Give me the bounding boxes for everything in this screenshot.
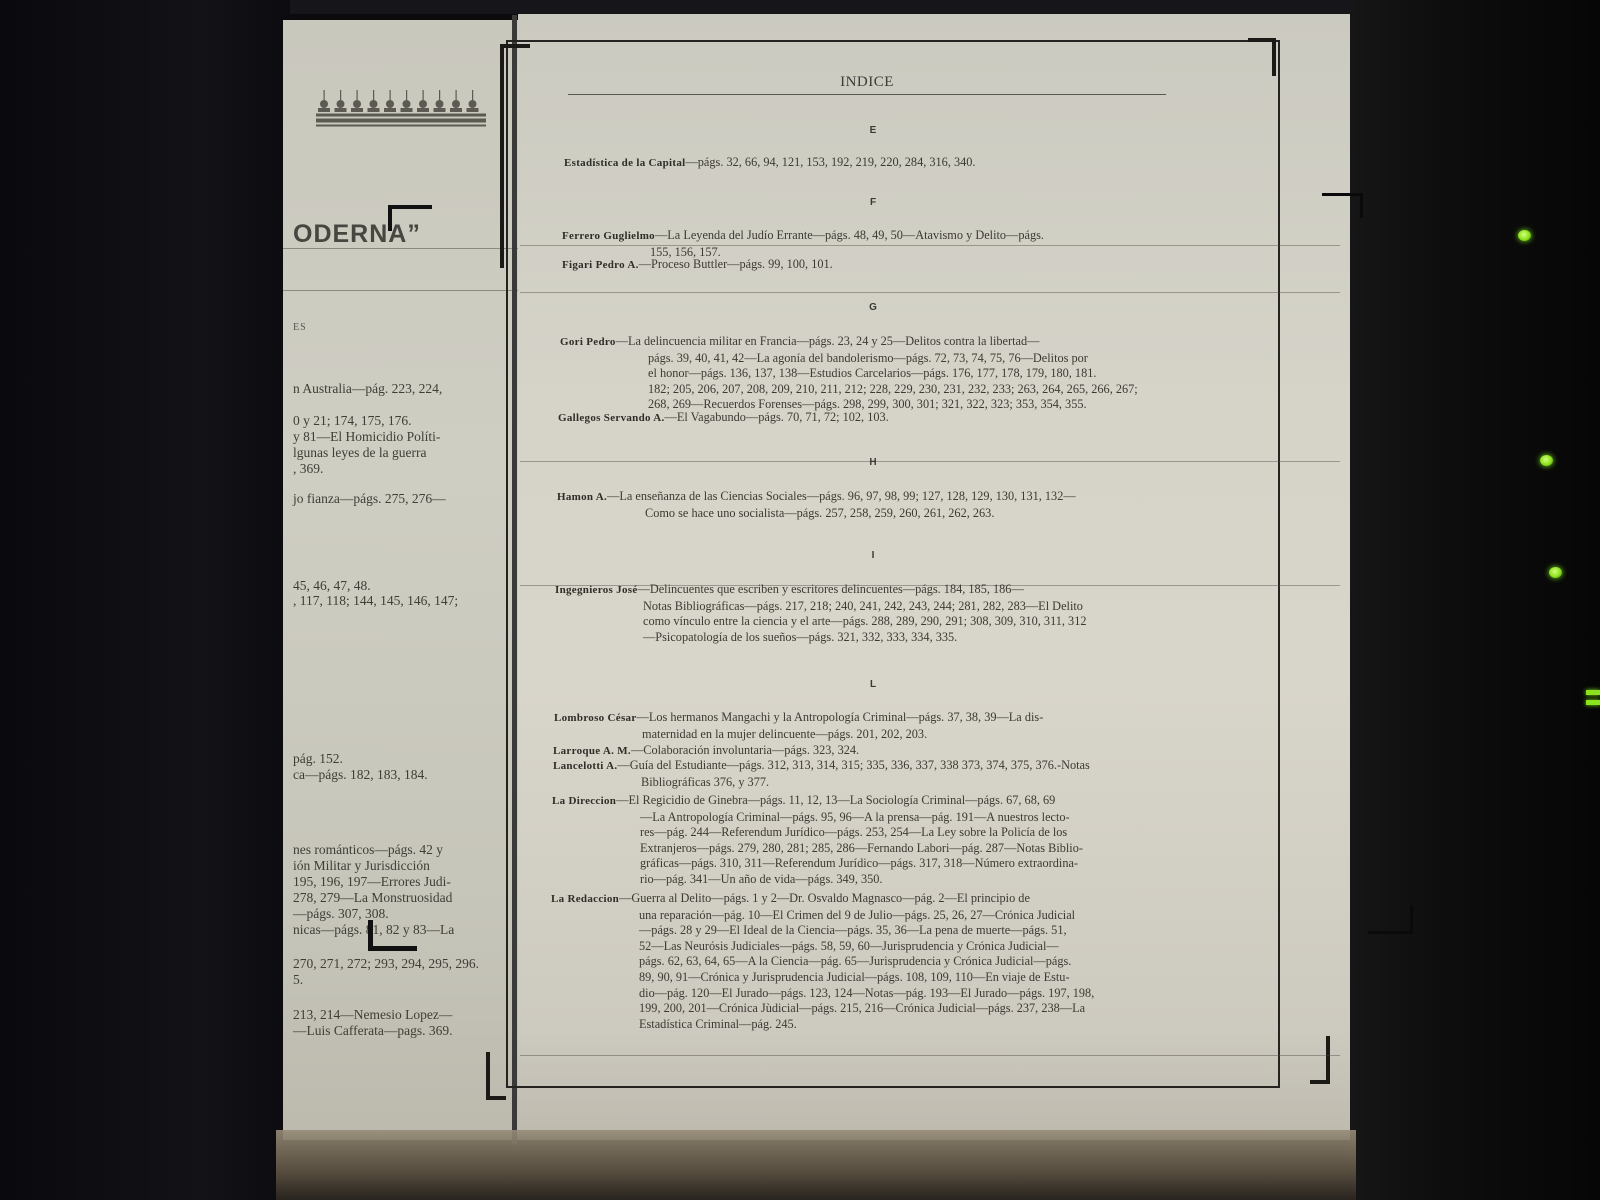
left-page-text-fragment: 5.	[293, 972, 303, 988]
left-page-text-fragment: ión Militar y Jurisdicción	[293, 858, 430, 874]
left-page-text-fragment: 270, 271, 272; 293, 294, 295, 296.	[293, 956, 479, 972]
index-entry: La Direccion—El Regicidio de Ginebra—pág…	[552, 793, 1083, 888]
crop-handle-bottom-right[interactable]	[1310, 1036, 1330, 1084]
index-entry-line: gráficas—págs. 310, 311—Referendum Juríd…	[552, 856, 1083, 872]
crop-handle-top-left[interactable]	[500, 44, 530, 268]
index-entry-line: 89, 90, 91—Crónica y Jurisprudencia Judi…	[551, 970, 1094, 986]
index-entry-line: 199, 200, 201—Crónica Jùdicial—págs. 215…	[551, 1001, 1094, 1017]
section-letter: G	[868, 302, 878, 313]
rule-line	[283, 290, 520, 291]
index-entry-author: Ingegnieros José	[555, 584, 638, 596]
left-page-label: ES	[293, 322, 307, 333]
index-entry-line: Ferrero Guglielmo—La Leyenda del Judío E…	[562, 228, 1044, 245]
index-entry-author: Gallegos Servando A.	[558, 412, 665, 424]
title-rule	[568, 94, 1166, 95]
left-page-text-fragment: , 369.	[293, 461, 323, 477]
left-page-text-fragment: nes románticos—págs. 42 y	[293, 842, 443, 858]
index-entry-line: res—pág. 244—Referendum Jurídico—págs. 2…	[552, 825, 1083, 841]
status-led-icon	[1540, 455, 1553, 466]
index-entry-author: Estadística de la Capital	[564, 157, 685, 169]
left-page-text-fragment: , 117, 118; 144, 145, 146, 147;	[293, 593, 458, 609]
index-entry-line: una reparación—pág. 10—El Crimen del 9 d…	[551, 908, 1094, 924]
index-entry: Ingegnieros José—Delincuentes que escrib…	[555, 582, 1087, 645]
index-entry-line: Ingegnieros José—Delincuentes que escrib…	[555, 582, 1087, 599]
index-entry: La Redaccion—Guerra al Delito—págs. 1 y …	[551, 891, 1094, 1032]
crop-handle-top-right[interactable]	[1248, 38, 1276, 76]
left-page-text-fragment: 195, 196, 197—Errores Judi-	[293, 874, 451, 890]
scan-artifact-line	[520, 1055, 1340, 1056]
index-entry-line: —La Antropología Criminal—págs. 95, 96—A…	[552, 810, 1083, 826]
index-entry-line: Bibliográficas 376, y 377.	[553, 775, 1090, 791]
index-entry-line: Estadística Criminal—pág. 245.	[551, 1017, 1094, 1033]
rule-line	[283, 248, 520, 249]
status-led-icon	[1518, 230, 1531, 241]
index-entry-line: La Redaccion—Guerra al Delito—págs. 1 y …	[551, 891, 1094, 908]
index-entry: Hamon A.—La enseñanza de las Ciencias So…	[557, 489, 1076, 521]
index-entry-author: Larroque A. M.	[553, 745, 631, 757]
left-page-text-fragment: 45, 46, 47, 48.	[293, 578, 371, 594]
dark-background-top	[290, 0, 1390, 14]
index-entry-line: Notas Bibliográficas—págs. 217, 218; 240…	[555, 599, 1087, 615]
left-page-text-fragment: 0 y 21; 174, 175, 176.	[293, 413, 412, 429]
scan-artifact-line	[520, 292, 1340, 293]
dark-background-left	[0, 0, 290, 1200]
left-page-text-fragment: lgunas leyes de la guerra	[293, 445, 426, 461]
left-page: ODERNA” ES n Australia—pág. 223, 224,0 y…	[283, 20, 520, 1140]
index-entry-author: Figari Pedro A.	[562, 259, 639, 271]
section-letter: H	[868, 457, 878, 468]
index-entry: Lombroso César—Los hermanos Mangachi y l…	[554, 710, 1043, 742]
selection-mark-bottom	[368, 920, 417, 951]
index-entry-author: Lombroso César	[554, 712, 637, 724]
section-letter: E	[868, 125, 878, 136]
index-entry-line: Estadística de la Capital—págs. 32, 66, …	[564, 155, 975, 172]
index-entry-line: Como se hace uno socialista—págs. 257, 2…	[557, 506, 1076, 522]
index-entry: Lancelotti A.—Guía del Estudiante—págs. …	[553, 758, 1090, 790]
left-page-text-fragment: 213, 214—Nemesio Lopez—	[293, 1007, 452, 1023]
scanner-guide-mark-bottom	[1368, 905, 1413, 934]
index-entry-author: La Redaccion	[551, 893, 619, 905]
ornamental-header-icon	[316, 88, 486, 140]
scanner-bottom-edge	[276, 1130, 1356, 1200]
index-entry: Gallegos Servando A.—El Vagabundo—págs. …	[558, 410, 889, 427]
index-entry-line: —págs. 28 y 29—El Ideal de la Ciencia—pá…	[551, 923, 1094, 939]
left-page-text-fragment: y 81—El Homicidio Políti-	[293, 429, 440, 445]
index-entry-author: La Direccion	[552, 795, 616, 807]
section-letter: L	[868, 679, 878, 690]
index-entry-line: Gallegos Servando A.—El Vagabundo—págs. …	[558, 410, 889, 427]
status-led-icon	[1549, 567, 1562, 578]
page-title: INDICE	[568, 74, 1166, 91]
scan-artifact-line	[520, 461, 1340, 462]
section-letter: F	[868, 197, 878, 208]
index-entry-line: Gori Pedro—La delincuencia militar en Fr…	[560, 334, 1138, 351]
index-entry-line: La Direccion—El Regicidio de Ginebra—pág…	[552, 793, 1083, 810]
index-entry: Figari Pedro A.—Proceso Buttler—págs. 99…	[562, 257, 833, 274]
index-entry-line: como vínculo entre la ciencia y el arte—…	[555, 614, 1087, 630]
section-letter: I	[868, 550, 878, 561]
index-entry-line: págs. 62, 63, 64, 65—A la Ciencia—pág. 6…	[551, 954, 1094, 970]
index-entry-author: Hamon A.	[557, 491, 607, 503]
index-entry-line: Lancelotti A.—Guía del Estudiante—págs. …	[553, 758, 1090, 775]
index-entry-line: dio—pág. 120—El Jurado—págs. 123, 124—No…	[551, 986, 1094, 1002]
index-entry-line: maternidad en la mujer delincuente—págs.…	[554, 727, 1043, 743]
index-entry-line: 182; 205, 206, 207, 208, 209, 210, 211, …	[560, 382, 1138, 398]
selection-mark-top	[388, 205, 432, 231]
index-entry-author: Gori Pedro	[560, 336, 616, 348]
left-page-text-fragment: 278, 279—La Monstruosidad	[293, 890, 452, 906]
status-led-bar-icon	[1586, 700, 1600, 705]
left-page-text-fragment: n Australia—pág. 223, 224,	[293, 381, 442, 397]
status-led-bar-icon	[1586, 690, 1600, 695]
scanner-guide-mark-top	[1322, 193, 1363, 218]
left-page-text-fragment: jo fianza—págs. 275, 276—	[293, 491, 446, 507]
index-entry: Ferrero Guglielmo—La Leyenda del Judío E…	[562, 228, 1044, 260]
index-entry-author: Lancelotti A.	[553, 760, 617, 772]
index-entry-line: rio—pág. 341—Un año de vida—págs. 349, 3…	[552, 872, 1083, 888]
crop-handle-bottom-left[interactable]	[486, 1052, 506, 1100]
index-entry-line: Lombroso César—Los hermanos Mangachi y l…	[554, 710, 1043, 727]
index-entry: Estadística de la Capital—págs. 32, 66, …	[564, 155, 975, 172]
index-entry-line: —Psicopatología de los sueños—págs. 321,…	[555, 630, 1087, 646]
left-page-text-fragment: pág. 152.	[293, 751, 343, 767]
index-entry-line: Extranjeros—págs. 279, 280, 281; 285, 28…	[552, 841, 1083, 857]
index-entry-line: págs. 39, 40, 41, 42—La agonía del bando…	[560, 351, 1138, 367]
left-page-text-fragment: —Luis Cafferata—pags. 369.	[293, 1023, 452, 1039]
index-entry-line: Figari Pedro A.—Proceso Buttler—págs. 99…	[562, 257, 833, 274]
index-entry-line: Hamon A.—La enseñanza de las Ciencias So…	[557, 489, 1076, 506]
scanner-housing-right	[1350, 0, 1600, 1200]
index-entry-line: 52—Las Neurósis Judiciales—págs. 58, 59,…	[551, 939, 1094, 955]
index-entry: Gori Pedro—La delincuencia militar en Fr…	[560, 334, 1138, 413]
index-entry-author: Ferrero Guglielmo	[562, 230, 655, 242]
index-entry-line: el honor—págs. 136, 137, 138—Estudios Ca…	[560, 366, 1138, 382]
left-page-text-fragment: ca—págs. 182, 183, 184.	[293, 767, 428, 783]
